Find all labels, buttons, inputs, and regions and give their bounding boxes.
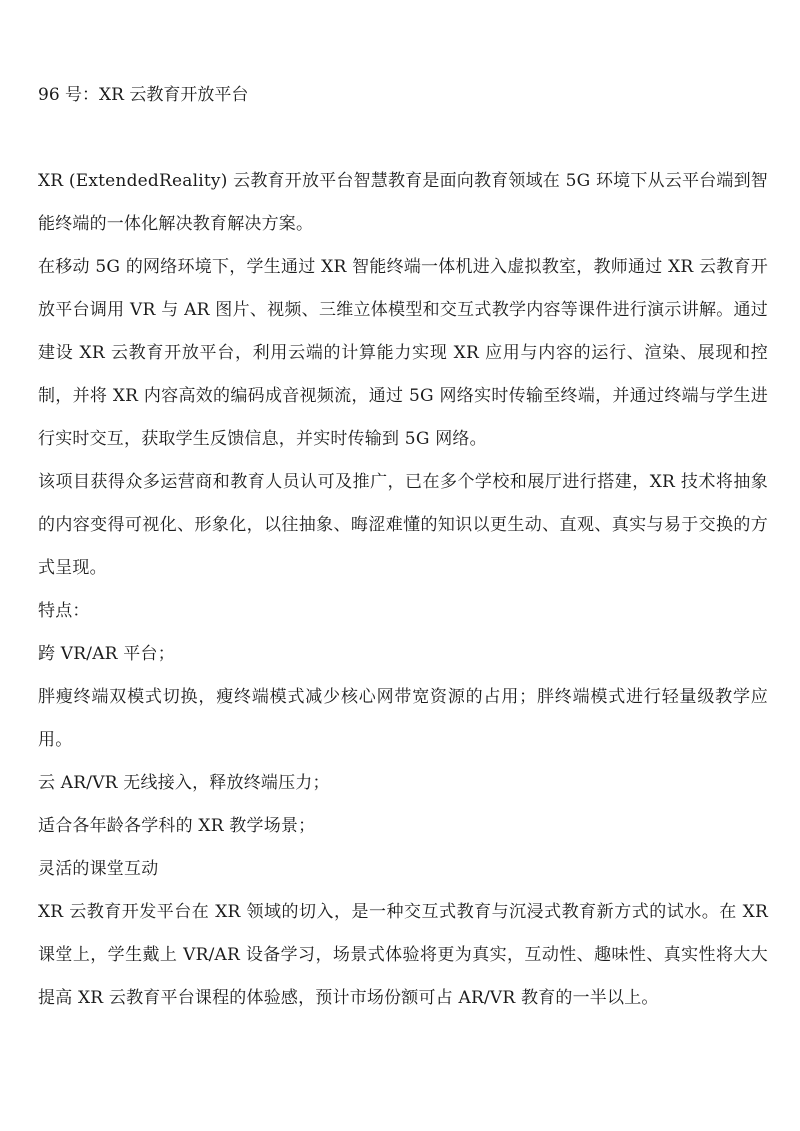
paragraph-intro: XR (ExtendedReality) 云教育开放平台智慧教育是面向教育领域在… xyxy=(38,160,768,246)
paragraph-features-heading: 特点： xyxy=(38,590,768,633)
feature-classroom-interaction: 灵活的课堂互动 xyxy=(38,848,768,891)
feature-wireless-access: 云 AR/VR 无线接入，释放终端压力； xyxy=(38,762,768,805)
document-body: XR (ExtendedReality) 云教育开放平台智慧教育是面向教育领域在… xyxy=(38,160,768,1020)
document-title: 96 号：XR 云教育开放平台 xyxy=(38,74,768,117)
feature-teaching-scenes: 适合各年龄各学科的 XR 教学场景； xyxy=(38,805,768,848)
document-page: 96 号：XR 云教育开放平台 XR (ExtendedReality) 云教育… xyxy=(0,0,800,1131)
paragraph-scenario: 在移动 5G 的网络环境下，学生通过 XR 智能终端一体机进入虚拟教室，教师通过… xyxy=(38,246,768,461)
paragraph-adoption: 该项目获得众多运营商和教育人员认可及推广，已在多个学校和展厅进行搭建，XR 技术… xyxy=(38,461,768,590)
paragraph-outlook: XR 云教育开发平台在 XR 领域的切入，是一种交互式教育与沉浸式教育新方式的试… xyxy=(38,891,768,1020)
feature-cross-platform: 跨 VR/AR 平台； xyxy=(38,633,768,676)
feature-dual-mode: 胖瘦终端双模式切换，瘦终端模式减少核心网带宽资源的占用；胖终端模式进行轻量级教学… xyxy=(38,676,768,762)
